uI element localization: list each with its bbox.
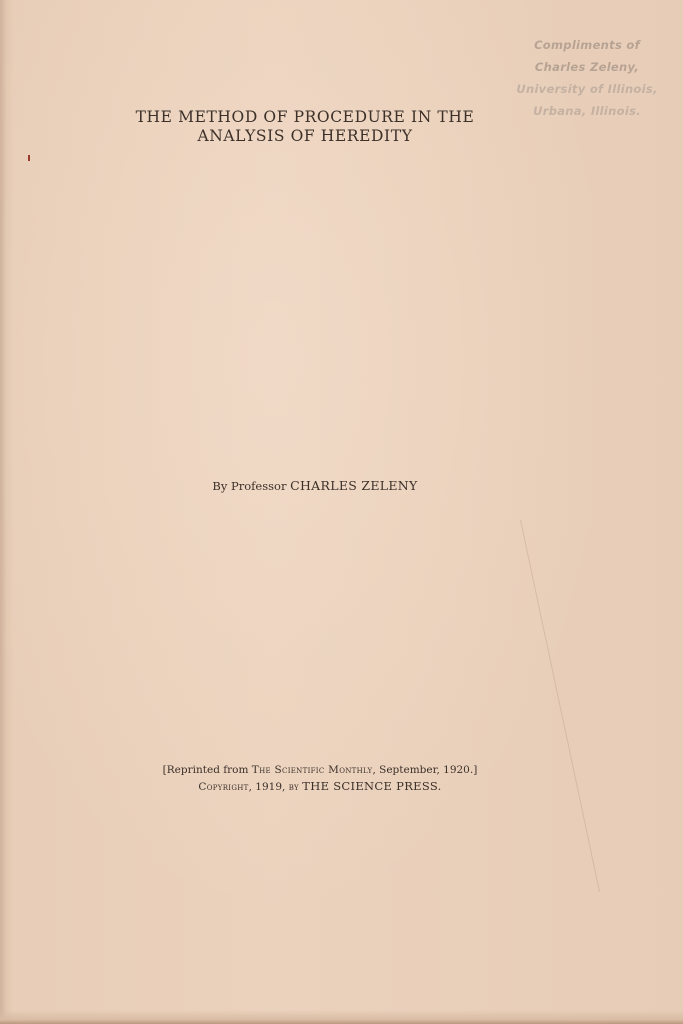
stamp-line: Charles Zeleny, <box>512 56 662 78</box>
paper-left-edge <box>0 0 6 1024</box>
reprint-notice: [Reprinted from The Scientific Monthly, … <box>120 762 520 795</box>
stamp-line: Urbana, Illinois. <box>512 100 662 122</box>
paper-bottom-edge <box>0 1010 683 1024</box>
publisher: THE SCIENCE PRESS. <box>302 779 441 793</box>
copyright-by: by <box>289 781 299 793</box>
document-cover: Compliments of Charles Zeleny, Universit… <box>0 0 683 1024</box>
stamp-line: Compliments of <box>512 34 662 56</box>
copyright-year: , 1919, <box>249 781 289 793</box>
stamp-line: University of Illinois, <box>512 78 662 100</box>
paper-speck <box>28 155 30 161</box>
reprint-line: [Reprinted from The Scientific Monthly, … <box>120 762 520 778</box>
document-title: THE METHOD OF PROCEDURE IN THE ANALYSIS … <box>100 108 510 146</box>
byline: By Professor CHARLES ZELENY <box>150 478 480 493</box>
close-bracket: ] <box>473 764 477 776</box>
byline-prefix: By Professor <box>212 479 286 493</box>
author-name: CHARLES ZELENY <box>290 478 418 493</box>
compliments-stamp: Compliments of Charles Zeleny, Universit… <box>512 34 662 122</box>
paper-crease <box>520 520 600 892</box>
copyright-line: Copyright, 1919, by THE SCIENCE PRESS. <box>120 778 520 795</box>
title-line-2: ANALYSIS OF HEREDITY <box>100 127 510 146</box>
reprint-date: , September, 1920. <box>372 764 473 776</box>
reprinted-from: Reprinted from <box>167 764 249 776</box>
copyright-label: Copyright <box>198 781 248 793</box>
journal-name: The Scientific Monthly <box>252 764 373 776</box>
title-line-1: THE METHOD OF PROCEDURE IN THE <box>100 108 510 127</box>
